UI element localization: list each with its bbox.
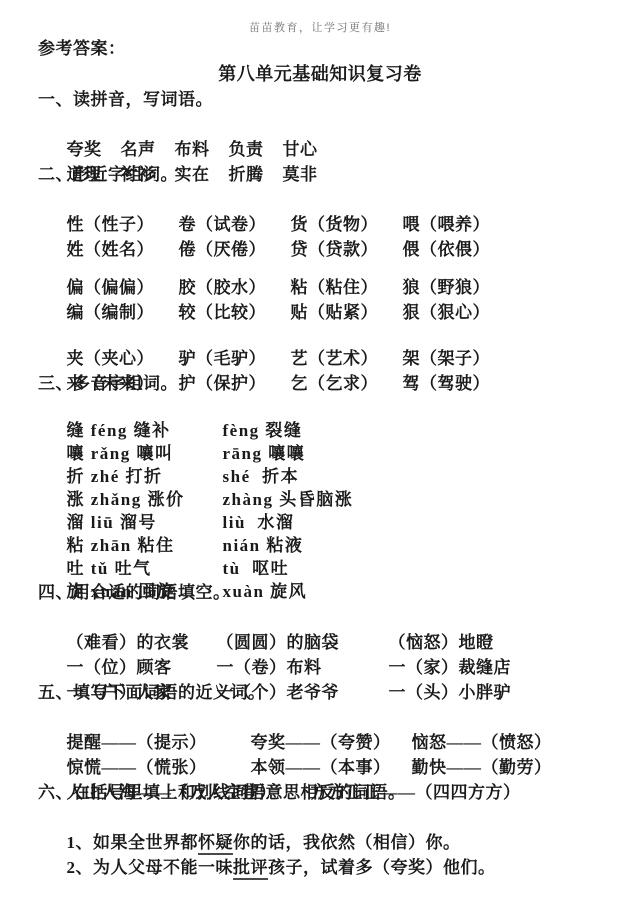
- pair-cell: 艺（艺术）: [291, 346, 403, 371]
- sentence-post: 孩子，试着多（夸奖）他们。: [268, 858, 496, 877]
- phrase-cell: 一（位）顾客: [67, 655, 217, 680]
- word: 折腾: [229, 162, 283, 187]
- synonym-row: 提醒——（提示）夸奖——（夸赞）恼怒——（愤怒）: [38, 705, 640, 730]
- document-body: 参考答案： 第八单元基础知识复习卷 一、读拼音，写词语。 夸奖名声布料负责甘心 …: [38, 36, 640, 855]
- pinyin-cell: 折 zhé 打折: [67, 465, 223, 488]
- pair-cell: 夹（夹心）: [67, 346, 179, 371]
- pinyin-cell: tù 呕吐: [223, 557, 290, 580]
- pinyin-row: 缝 féng 缝补fèng 裂缝: [38, 396, 640, 419]
- pinyin-cell: nián 粘液: [223, 534, 304, 557]
- pair-cell: 偏（偏偏）: [67, 275, 179, 300]
- pinyin-cell: rāng 嚷嚷: [223, 442, 306, 465]
- word: 夸奖: [67, 137, 121, 162]
- phrase-cell: （恼怒）地瞪: [389, 630, 494, 655]
- phrase-cell: 一（卷）布料: [217, 655, 389, 680]
- underlined-word: 批评: [233, 858, 268, 880]
- pair-cell: 货（货物）: [291, 212, 403, 237]
- worksheet-page: 苗苗教育，让学习更有趣! 参考答案： 第八单元基础知识复习卷 一、读拼音，写词语…: [0, 0, 640, 905]
- pair-cell: 架（架子）: [403, 346, 491, 371]
- synonym-cell: 惊慌——（慌张）: [67, 755, 251, 780]
- sentence-pre: 2、为人父母不能一味: [67, 858, 234, 877]
- pair-cell: 护（保护）: [179, 371, 291, 396]
- pinyin-cell: 吐 tǔ 吐气: [67, 557, 223, 580]
- phrase-cell: （圆圆）的脑袋: [217, 630, 389, 655]
- word: 莫非: [283, 162, 318, 187]
- pinyin-cell: xuàn 旋风: [223, 580, 308, 603]
- word: 名声: [121, 137, 175, 162]
- section1-heading: 一、读拼音，写词语。: [38, 87, 640, 112]
- phrase-row: （难看）的衣裳（圆圆）的脑袋（恼怒）地瞪: [38, 605, 640, 630]
- answers-label: 参考答案：: [38, 36, 640, 61]
- pinyin-cell: 涨 zhǎng 涨价: [67, 488, 223, 511]
- pair-cell: 性（性子）: [67, 212, 179, 237]
- pair-cell: 驴（毛驴）: [179, 346, 291, 371]
- pair-cell: 粘（粘住）: [291, 275, 403, 300]
- synonym-cell: 恼怒——（愤怒）: [412, 730, 552, 755]
- word: 实在: [175, 162, 229, 187]
- sentence-pre: 1、如果全世界都: [67, 833, 199, 852]
- sentence-post: 你的话，我依然（相信）你。: [233, 833, 461, 852]
- pinyin-cell: zhàng 头昏脑涨: [223, 488, 354, 511]
- watermark-text: 苗苗教育，让学习更有趣!: [0, 19, 640, 35]
- word: 负责: [229, 137, 283, 162]
- pair-cell: 贴（贴紧）: [291, 300, 403, 325]
- pinyin-cell: 缝 féng 缝补: [67, 419, 223, 442]
- pair-cell: 贷（贷款）: [291, 237, 403, 262]
- pair-cell: 编（编制）: [67, 300, 179, 325]
- pair-row: 性（性子）卷（试卷）货（货物）喂（喂养）: [38, 187, 640, 212]
- synonym-cell: 勤快——（勤劳）: [412, 755, 552, 780]
- pinyin-cell: fèng 裂缝: [223, 419, 303, 442]
- pinyin-cell: 嚷 rǎng 嚷叫: [67, 442, 223, 465]
- pair-cell: 倦（厌倦）: [179, 237, 291, 262]
- phrase-cell: 一（家）裁缝店: [389, 655, 512, 680]
- pair-cell: 狠（狠心）: [403, 300, 491, 325]
- pair-cell: 驾（驾驶）: [403, 371, 491, 396]
- pair-cell: 乞（乞求）: [291, 371, 403, 396]
- pair-cell: 卷（试卷）: [179, 212, 291, 237]
- section6-heading: 六、在括号里填上和划线词语意思相反的词语。: [38, 780, 640, 805]
- pinyin-cell: 粘 zhān 粘住: [67, 534, 223, 557]
- section4-heading: 四、用合适的词语填空。: [38, 580, 640, 605]
- synonym-cell: 提醒——（提示）: [67, 730, 251, 755]
- pair-cell: 喂（喂养）: [403, 212, 491, 237]
- word-row: 夸奖名声布料负责甘心: [38, 112, 640, 137]
- synonym-cell: 夸奖——（夸赞）: [251, 730, 412, 755]
- pair-cell: 狼（野狼）: [403, 275, 491, 300]
- phrase-cell: （难看）的衣裳: [67, 630, 217, 655]
- word: 甘心: [283, 137, 318, 162]
- pair-cell: 姓（姓名）: [67, 237, 179, 262]
- section2-heading: 二、形近字组词。: [38, 162, 640, 187]
- pinyin-cell: shé 折本: [223, 465, 300, 488]
- phrase-cell: 一（头）小胖驴: [389, 680, 512, 705]
- synonym-cell: 本领——（本事）: [251, 755, 412, 780]
- pinyin-cell: 溜 liū 溜号: [67, 511, 223, 534]
- sentence-item: 1、如果全世界都怀疑你的话，我依然（相信）你。: [38, 805, 640, 830]
- page-title: 第八单元基础知识复习卷: [0, 61, 640, 87]
- pair-cell: 胶（胶水）: [179, 275, 291, 300]
- pair-cell: 偎（依偎）: [403, 237, 491, 262]
- pair-cell: 较（比较）: [179, 300, 291, 325]
- underlined-word: 怀疑: [198, 833, 233, 855]
- pinyin-cell: liù 水溜: [223, 511, 295, 534]
- word: 布料: [175, 137, 229, 162]
